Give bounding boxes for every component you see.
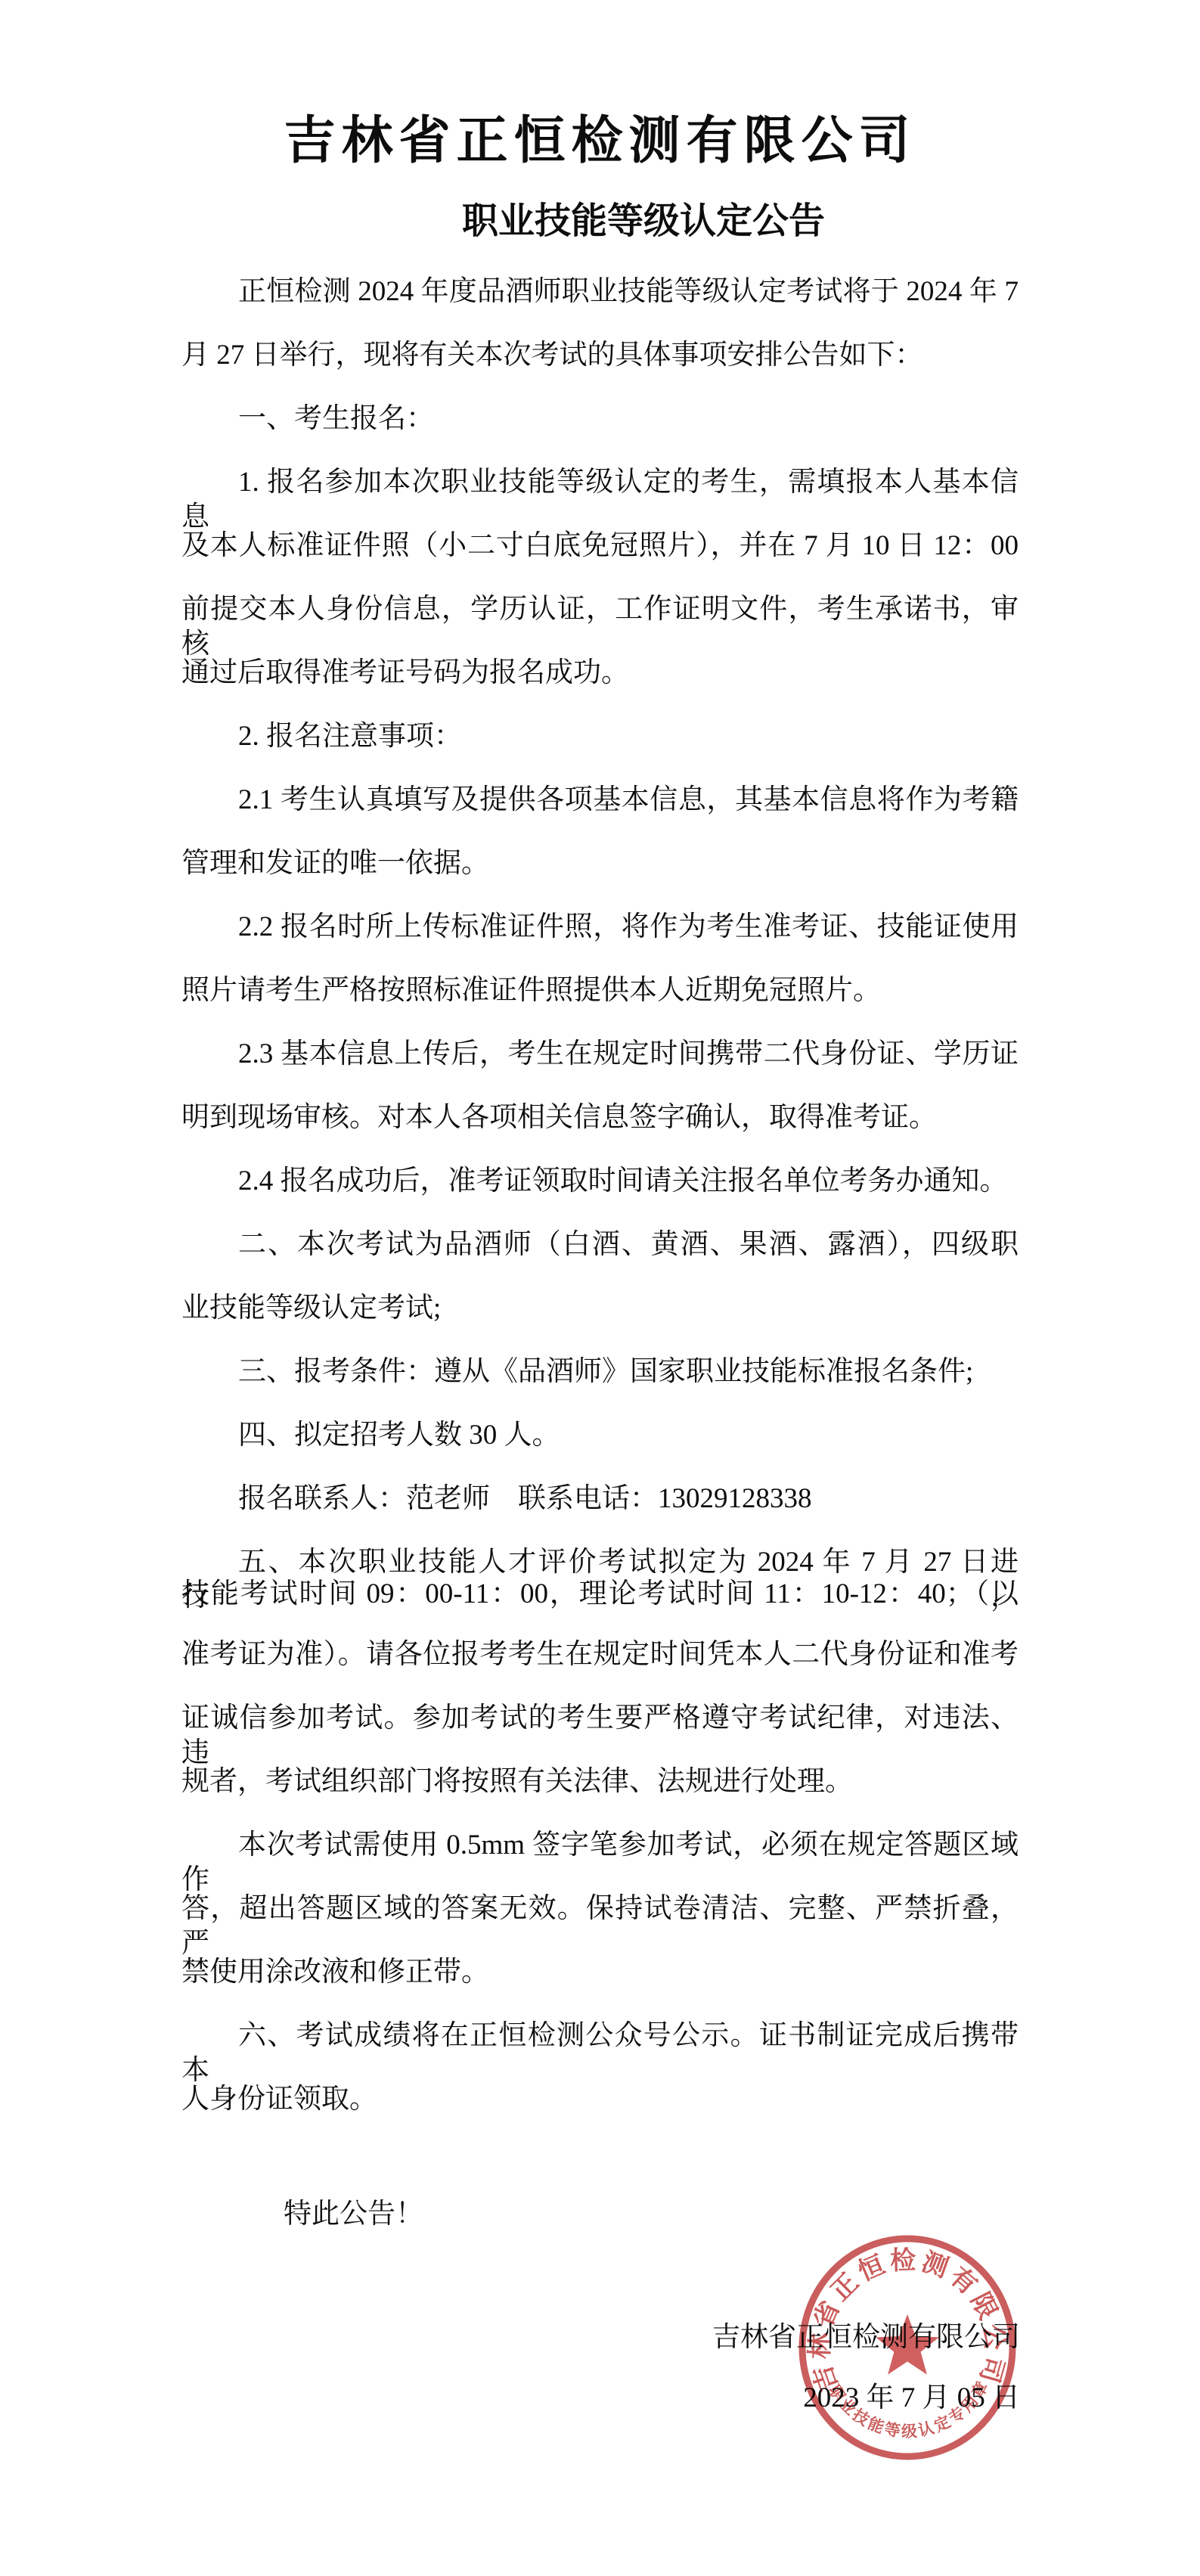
text-line: 六、考试成绩将在正恒检测公众号公示。证书制证完成后携带本 — [181, 2019, 1019, 2082]
text-line: 1. 报名参加本次职业技能等级认定的考生，需填报本人基本信息 — [181, 465, 1019, 529]
seal-arc-text-bottom: 职业技能等级认定专用章 — [825, 2376, 993, 2441]
announcement-subtitle: 职业技能等级认定公告 — [0, 201, 1200, 242]
text-line: 禁使用涂改液和修正带。 — [181, 1955, 1019, 2019]
text-line: 2.4 报名成功后，准考证领取时间请关注报名单位考务办通知。 — [181, 1164, 1019, 1227]
text-line: 三、报考条件：遵从《品酒师》国家职业技能标准报名条件; — [181, 1355, 1019, 1418]
text-line: 正恒检测 2024 年度品酒师职业技能等级认定考试将于 2024 年 7 — [181, 275, 1019, 338]
text-line: 2.3 基本信息上传后，考生在规定时间携带二代身份证、学历证 — [181, 1037, 1019, 1100]
text-line: 本次考试需使用 0.5mm 签字笔参加考试，必须在规定答题区域作 — [181, 1828, 1019, 1892]
text-line: 报名联系人：范老师 联系电话：13029128338 — [181, 1482, 1019, 1545]
text-line: 明到现场审核。对本人各项相关信息签字确认，取得准考证。 — [181, 1100, 1019, 1164]
document-body: 正恒检测 2024 年度品酒师职业技能等级认定考试将于 2024 年 7月 27… — [181, 275, 1019, 2261]
text-line: 四、拟定招考人数 30 人。 — [181, 1418, 1019, 1482]
text-line: 管理和发证的唯一依据。 — [181, 846, 1019, 910]
text-line: 答，超出答题区域的答案无效。保持试卷清洁、完整、严禁折叠，严 — [181, 1892, 1019, 1955]
text-line: 技能考试时间 09：00-11：00，理论考试时间 11：10-12：40；（以 — [181, 1577, 1019, 1637]
text-line: 人身份证领取。 — [181, 2082, 1019, 2146]
text-line: 2.1 考生认真填写及提供各项基本信息，其基本信息将作为考籍 — [181, 783, 1019, 846]
text-line: 准考证为准）。请各位报考考生在规定时间凭本人二代身份证和准考 — [181, 1637, 1019, 1701]
company-seal-stamp: 吉林省正恒检测有限公司 职业技能等级认定专用章 — [794, 2233, 1021, 2464]
seal-star-icon — [876, 2314, 939, 2375]
text-line: 照片请考生严格按照标准证件照提供本人近期免冠照片。 — [181, 973, 1019, 1037]
text-line: 业技能等级认定考试; — [181, 1291, 1019, 1355]
announcement-document: 吉林省正恒检测有限公司 职业技能等级认定公告 正恒检测 2024 年度品酒师职业… — [0, 0, 1200, 2576]
text-line: 二、本次考试为品酒师（白酒、黄酒、果酒、露酒），四级职 — [181, 1227, 1019, 1291]
company-title: 吉林省正恒检测有限公司 — [0, 113, 1200, 168]
text-line: 前提交本人身份信息，学历认证，工作证明文件，考生承诺书，审核 — [181, 592, 1019, 656]
text-line: 通过后取得准考证号码为报名成功。 — [181, 656, 1019, 719]
text-line: 月 27 日举行，现将有关本次考试的具体事项安排公告如下： — [181, 338, 1019, 402]
text-line: 及本人标准证件照（小二寸白底免冠照片），并在 7 月 10 日 12：00 — [181, 529, 1019, 592]
text-line: 五、本次职业技能人才评价考试拟定为 2024 年 7 月 27 日进行， — [181, 1545, 1019, 1577]
text-line: 规者，考试组织部门将按照有关法律、法规进行处理。 — [181, 1764, 1019, 1828]
text-line: 证诚信参加考试。参加考试的考生要严格遵守考试纪律，对违法、违 — [181, 1701, 1019, 1764]
text-line: 2.2 报名时所上传标准证件照，将作为考生准考证、技能证使用 — [181, 910, 1019, 973]
svg-text:职业技能等级认定专用章: 职业技能等级认定专用章 — [825, 2376, 993, 2441]
text-line: 2. 报名注意事项： — [181, 719, 1019, 783]
text-line: 一、考生报名： — [181, 402, 1019, 465]
